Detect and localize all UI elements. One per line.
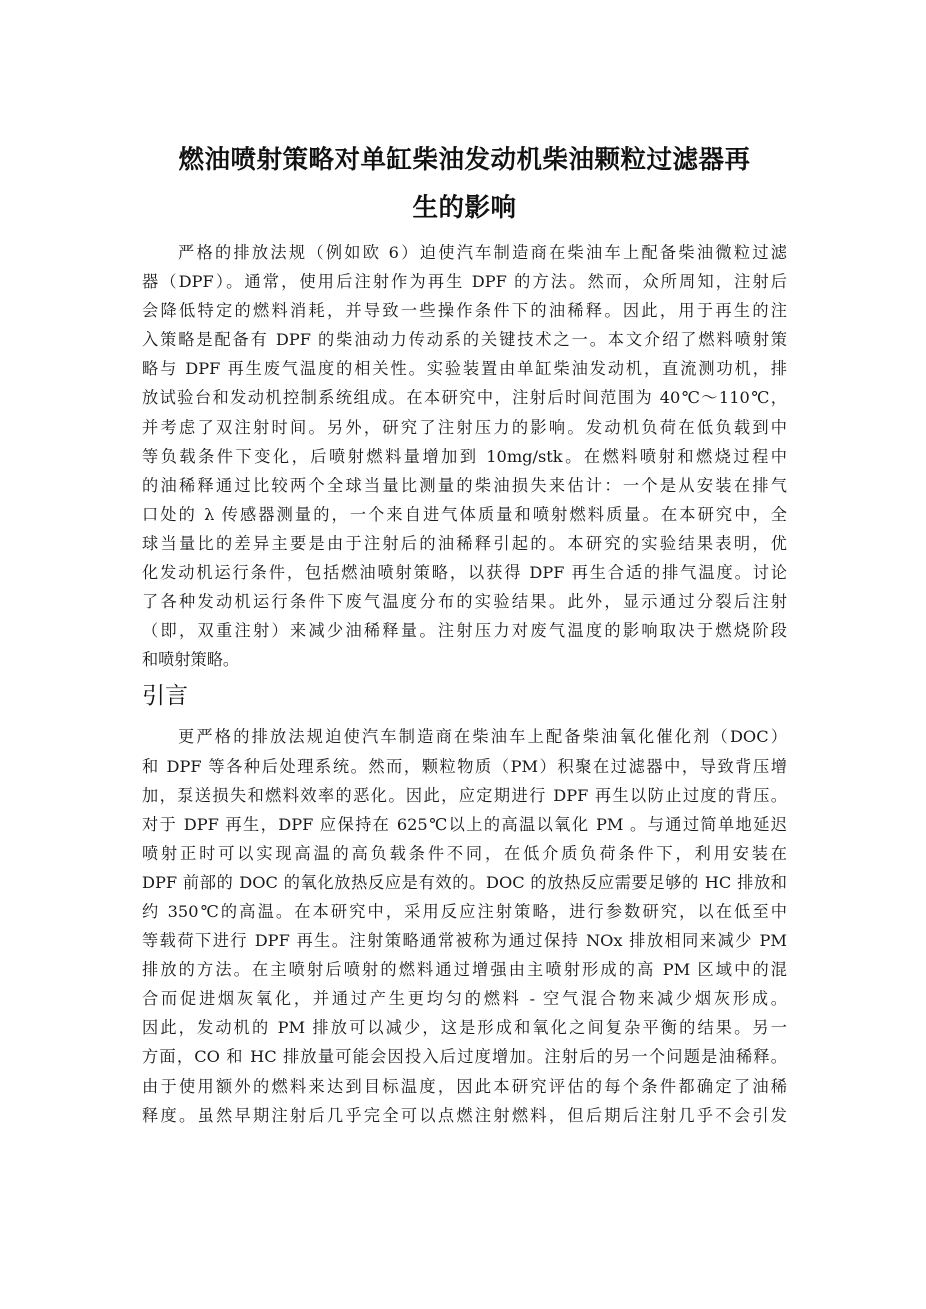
introduction-paragraph: 更严格的排放法规迫使汽车制造商在柴油车上配备柴油氧化催化剂（DOC） 和 DPF…	[142, 722, 787, 1129]
text-line: 由于使用额外的燃料来达到目标温度，因此本研究评估的每个条件都确定了油稀	[142, 1072, 787, 1101]
text-line: 约 350℃的高温。在本研究中，采用反应注射策略，进行参数研究，以在低至中	[142, 897, 787, 926]
abstract-paragraph: 严格的排放法规（例如欧 6）迫使汽车制造商在柴油车上配备柴油微粒过滤 器（DPF…	[142, 238, 787, 674]
text-line: 排放的方法。在主喷射后喷射的燃料通过增强由主喷射形成的高 PM 区域中的混	[142, 955, 787, 984]
text-line: 和 DPF 等各种后处理系统。然而，颗粒物质（PM）积聚在过滤器中，导致背压增	[142, 752, 787, 781]
document-page: 燃油喷射策略对单缸柴油发动机柴油颗粒过滤器再 生的影响 严格的排放法规（例如欧 …	[142, 0, 787, 1130]
text-line: 并考虑了双注射时间。另外，研究了注射压力的影响。发动机负荷在低负载到中	[142, 413, 787, 442]
text-line: 和喷射策略。	[142, 645, 787, 674]
title-line: 燃油喷射策略对单缸柴油发动机柴油颗粒过滤器再	[142, 136, 787, 184]
text-line: 略与 DPF 再生废气温度的相关性。实验装置由单缸柴油发动机，直流测功机，排	[142, 354, 787, 383]
text-line: 对于 DPF 再生，DPF 应保持在 625℃以上的高温以氧化 PM 。与通过简…	[142, 810, 787, 839]
text-line: 放试验台和发动机控制系统组成。在本研究中，注射后时间范围为 40℃～110℃，	[142, 383, 787, 412]
text-line: 的油稀释通过比较两个全球当量比测量的柴油损失来估计：一个是从安装在排气	[142, 471, 787, 500]
text-line: 释度。虽然早期注射后几乎完全可以点燃注射燃料，但后期后注射几乎不会引发	[142, 1101, 787, 1130]
text-line: DPF 前部的 DOC 的氧化放热反应是有效的。DOC 的放热反应需要足够的 H…	[142, 868, 787, 897]
text-line: 方面，CO 和 HC 排放量可能会因投入后过度增加。注射后的另一个问题是油稀释。	[142, 1042, 787, 1071]
text-line: 化发动机运行条件，包括燃油喷射策略，以获得 DPF 再生合适的排气温度。讨论	[142, 558, 787, 587]
text-line: 因此，发动机的 PM 排放可以减少，这是形成和氧化之间复杂平衡的结果。另一	[142, 1013, 787, 1042]
title-line: 生的影响	[142, 184, 787, 232]
text-line: 了各种发动机运行条件下废气温度分布的实验结果。此外，显示通过分裂后注射	[142, 587, 787, 616]
text-line: 严格的排放法规（例如欧 6）迫使汽车制造商在柴油车上配备柴油微粒过滤	[142, 238, 787, 267]
text-line: 加，泵送损失和燃料效率的恶化。因此，应定期进行 DPF 再生以防止过度的背压。	[142, 781, 787, 810]
section-heading-introduction: 引言	[142, 678, 787, 714]
text-line: 更严格的排放法规迫使汽车制造商在柴油车上配备柴油氧化催化剂（DOC）	[142, 722, 787, 751]
text-line: 合而促进烟灰氧化，并通过产生更均匀的燃料 - 空气混合物来减少烟灰形成。	[142, 984, 787, 1013]
text-line: （即，双重注射）来减少油稀释量。注射压力对废气温度的影响取决于燃烧阶段	[142, 616, 787, 645]
text-line: 等载荷下进行 DPF 再生。注射策略通常被称为通过保持 NOx 排放相同来减少 …	[142, 926, 787, 955]
text-line: 喷射正时可以实现高温的高负载条件不同，在低介质负荷条件下，利用安装在	[142, 839, 787, 868]
text-line: 等负载条件下变化，后喷射燃料量增加到 10mg/stk。在燃料喷射和燃烧过程中	[142, 442, 787, 471]
text-line: 入策略是配备有 DPF 的柴油动力传动系的关键技术之一。本文介绍了燃料喷射策	[142, 325, 787, 354]
text-line: 器（DPF）。通常，使用后注射作为再生 DPF 的方法。然而，众所周知，注射后	[142, 267, 787, 296]
text-line: 会降低特定的燃料消耗，并导致一些操作条件下的油稀释。因此，用于再生的注	[142, 296, 787, 325]
text-line: 口处的 λ 传感器测量的，一个来自进气体质量和喷射燃料质量。在本研究中，全	[142, 500, 787, 529]
document-title: 燃油喷射策略对单缸柴油发动机柴油颗粒过滤器再 生的影响	[142, 136, 787, 232]
text-line: 球当量比的差异主要是由于注射后的油稀释引起的。本研究的实验结果表明，优	[142, 529, 787, 558]
